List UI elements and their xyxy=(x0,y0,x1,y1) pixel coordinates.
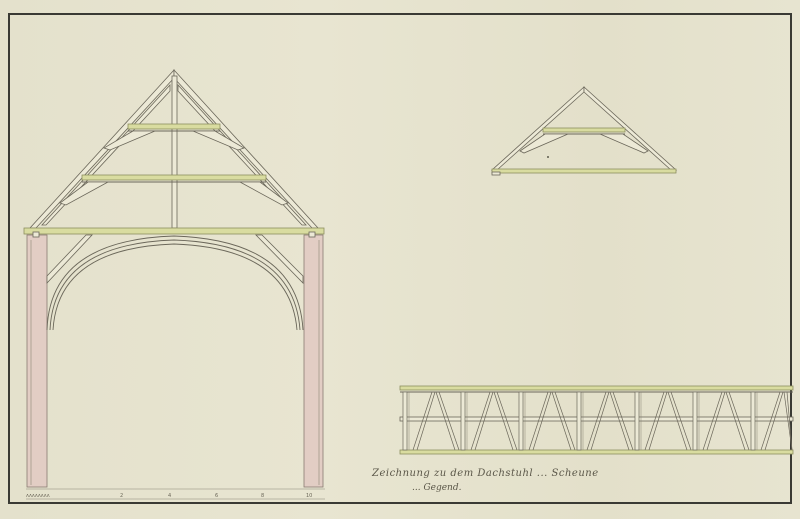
right-post xyxy=(304,235,323,487)
scale-tick: 10 xyxy=(306,493,312,499)
arch-brace xyxy=(47,236,303,330)
king-post xyxy=(172,76,177,228)
small-truss xyxy=(492,87,676,175)
wall-elevation xyxy=(400,386,793,454)
scale-tick: 8 xyxy=(261,493,264,499)
scale-start-label: ᴧᴧᴧᴧᴧᴧᴧᴧ xyxy=(26,493,50,499)
scale-bar xyxy=(26,489,325,499)
drawing-canvas: .tim { fill:none; stroke:#6b675a; stroke… xyxy=(0,0,800,519)
scale-tick: 2 xyxy=(120,493,123,499)
left-rafter xyxy=(30,70,174,228)
tie-beam xyxy=(24,228,324,234)
lower-collar-beam xyxy=(82,175,266,180)
caption-line-2: ... Gegend. xyxy=(412,483,461,493)
caption-line-1: Zeichnung zu dem Dachstuhl ... Scheune xyxy=(372,468,599,479)
right-rafter xyxy=(174,70,318,228)
main-truss xyxy=(24,70,324,487)
upper-collar-beam xyxy=(128,124,220,129)
scale-tick: 6 xyxy=(215,493,218,499)
wall-top-plate xyxy=(400,386,793,390)
wall-sill xyxy=(400,450,793,454)
scale-tick: 4 xyxy=(168,493,171,499)
small-collar-beam xyxy=(543,128,625,132)
left-post xyxy=(27,235,47,487)
small-tie-beam xyxy=(492,169,676,173)
